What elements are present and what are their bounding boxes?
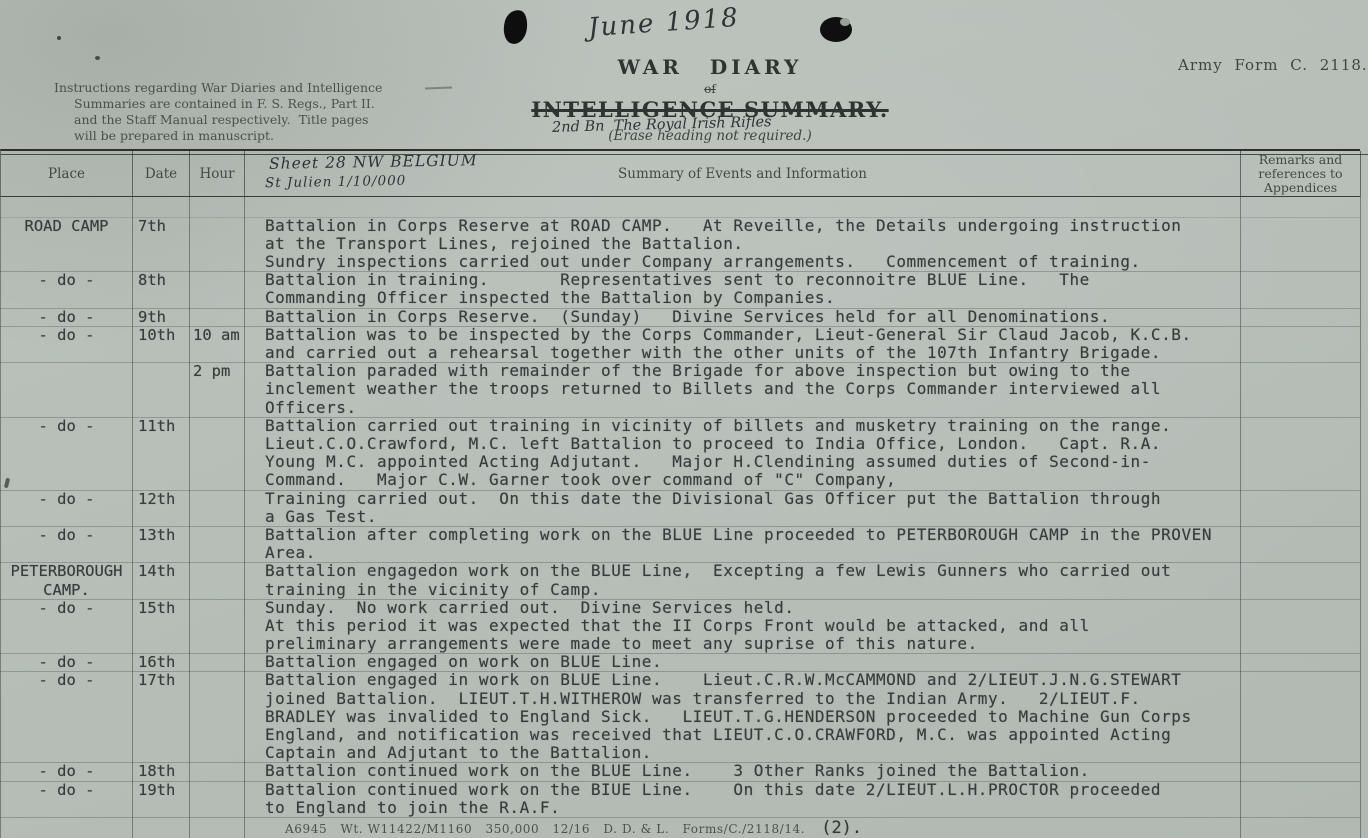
erase-heading-note: (Erase heading not required.)	[430, 128, 990, 144]
place-cell: - do -	[1, 326, 133, 362]
place-cell: PETERBOROUGHCAMP.	[1, 562, 133, 598]
summary-cell: Battalion was to be inspected by the Cor…	[245, 326, 1241, 362]
instructions-line: Instructions regarding War Diaries and I…	[54, 80, 364, 96]
summary-line: Commanding Officer inspected the Battali…	[265, 289, 1240, 307]
remarks-cell	[1241, 671, 1361, 762]
place-cell: - do -	[1, 671, 133, 762]
print-code: A6945 Wt. W11422/M1160 350,000 12/16 D. …	[285, 822, 805, 836]
summary-line: Battalion carried out training in vicini…	[265, 417, 1240, 435]
date-cell: 12th	[133, 490, 190, 526]
remarks-cell	[1241, 217, 1361, 272]
summary-line: Area.	[265, 544, 1240, 562]
summary-cell: Sunday. No work carried out. Divine Serv…	[245, 599, 1241, 654]
date-cell: 14th	[133, 562, 190, 598]
remarks-header-line: references to	[1258, 167, 1342, 181]
instructions-line: will be prepared in manuscript.	[74, 128, 364, 144]
hour-cell	[190, 599, 245, 654]
remarks-cell	[1241, 326, 1361, 362]
date-cell: 17th	[133, 671, 190, 762]
page-number: (2).	[821, 818, 862, 838]
hour-cell	[190, 308, 245, 326]
handwritten-map-reference: St Julien 1/10/000	[265, 173, 407, 191]
summary-cell: Battalion in Corps Reserve at ROAD CAMP.…	[245, 217, 1241, 272]
remarks-cell	[1241, 562, 1361, 598]
date-cell: 18th	[133, 762, 190, 780]
instructions-note: Instructions regarding War Diaries and I…	[54, 80, 364, 144]
place-line: - do -	[1, 326, 132, 344]
table-row: - do -12thTraining carried out. On this …	[0, 490, 1360, 526]
summary-line: Battalion engaged on work on BLUE Line.	[265, 653, 1240, 671]
summary-line: Captain and Adjutant to the Battalion.	[265, 744, 1240, 762]
table-header: Place Date Hour Summary of Events and In…	[0, 149, 1360, 197]
summary-cell: Battalion engagedon work on the BLUE Lin…	[245, 562, 1241, 598]
summary-line: England, and notification was received t…	[265, 726, 1240, 744]
remarks-header-line: Remarks and	[1259, 153, 1343, 167]
remarks-cell	[1241, 308, 1361, 326]
column-header-date: Date	[133, 151, 190, 197]
remarks-header-line: Appendices	[1264, 181, 1337, 195]
instructions-line: and the Staff Manual respectively. Title…	[74, 112, 364, 128]
summary-line: Battalion paraded with remainder of the …	[265, 362, 1240, 380]
summary-line: inclement weather the troops returned to…	[265, 380, 1240, 398]
summary-line: Battalion engaged in work on BLUE Line. …	[265, 671, 1240, 689]
summary-cell: Battalion continued work on the BIUE Lin…	[245, 781, 1241, 817]
summary-line: and carried out a rehearsal together wit…	[265, 344, 1240, 362]
place-cell	[1, 362, 133, 417]
blank-row	[0, 197, 1360, 217]
page-title: WAR DIARY	[430, 55, 990, 79]
date-cell: 10th	[133, 326, 190, 362]
place-cell: - do -	[1, 599, 133, 654]
date-cell: 9th	[133, 308, 190, 326]
summary-line: Command. Major C.W. Garner took over com…	[265, 471, 1240, 489]
hour-cell: 10 am	[190, 326, 245, 362]
summary-line: to England to join the R.A.F.	[265, 799, 1240, 817]
place-cell: - do -	[1, 781, 133, 817]
table-row: - do -9thBattalion in Corps Reserve. (Su…	[0, 308, 1360, 326]
place-line: - do -	[1, 671, 132, 689]
date-cell	[133, 362, 190, 417]
summary-cell: Battalion in Corps Reserve. (Sunday) Div…	[245, 308, 1241, 326]
summary-line: preliminary arrangements were made to me…	[265, 635, 1240, 653]
date-cell: 11th	[133, 417, 190, 490]
remarks-cell	[1241, 490, 1361, 526]
instructions-line: Summaries are contained in F. S. Regs., …	[74, 96, 364, 112]
table-row: ROAD CAMP7thBattalion in Corps Reserve a…	[0, 217, 1360, 272]
summary-line: BRADLEY was invalided to England Sick. L…	[265, 708, 1240, 726]
summary-line: Battalion continued work on the BLUE Lin…	[265, 762, 1240, 780]
hour-cell	[190, 671, 245, 762]
handwritten-month: June 1918	[587, 3, 740, 44]
place-cell: - do -	[1, 271, 133, 307]
summary-cell: Training carried out. On this date the D…	[245, 490, 1241, 526]
table-row: - do -16thBattalion engaged on work on B…	[0, 653, 1360, 671]
summary-line: Sundry inspections carried out under Com…	[265, 253, 1240, 271]
place-line: - do -	[1, 526, 132, 544]
table-row: - do -18thBattalion continued work on th…	[0, 762, 1360, 780]
place-line: - do -	[1, 781, 132, 799]
hour-cell	[190, 653, 245, 671]
form-footer: A6945 Wt. W11422/M1160 350,000 12/16 D. …	[265, 817, 1240, 838]
summary-cell: Battalion carried out training in vicini…	[245, 417, 1241, 490]
hour-cell	[190, 217, 245, 272]
summary-cell: Battalion paraded with remainder of the …	[245, 362, 1241, 417]
summary-line: training in the vicinity of Camp.	[265, 581, 1240, 599]
summary-line: Lieut.C.O.Crawford, M.C. left Battalion …	[265, 435, 1240, 453]
summary-line: Battalion in Corps Reserve. (Sunday) Div…	[265, 308, 1240, 326]
footer-row: A6945 Wt. W11422/M1160 350,000 12/16 D. …	[0, 817, 1360, 838]
table-row: - do -13thBattalion after completing wor…	[0, 526, 1360, 562]
table-row: - do -19thBattalion continued work on th…	[0, 781, 1360, 817]
hour-cell	[190, 562, 245, 598]
place-cell: - do -	[1, 308, 133, 326]
place-line: - do -	[1, 271, 132, 289]
summary-cell: Battalion after completing work on the B…	[245, 526, 1241, 562]
date-cell: 19th	[133, 781, 190, 817]
date-cell: 16th	[133, 653, 190, 671]
remarks-cell	[1241, 417, 1361, 490]
place-line: - do -	[1, 653, 132, 671]
date-cell: 15th	[133, 599, 190, 654]
handwritten-map-reference: Sheet 28 NW BELGIUM	[269, 151, 478, 173]
date-cell: 7th	[133, 217, 190, 272]
table-row: - do -15thSunday. No work carried out. D…	[0, 599, 1360, 654]
remarks-cell	[1241, 271, 1361, 307]
place-line: - do -	[1, 762, 132, 780]
place-cell: - do -	[1, 762, 133, 780]
place-line: PETERBOROUGH	[1, 562, 132, 580]
table-row: - do -8thBattalion in training. Represen…	[0, 271, 1360, 307]
summary-cell: Battalion engaged in work on BLUE Line. …	[245, 671, 1241, 762]
place-cell: - do -	[1, 526, 133, 562]
hour-cell	[190, 762, 245, 780]
summary-line: Battalion in training. Representatives s…	[265, 271, 1240, 289]
place-cell: - do -	[1, 490, 133, 526]
remarks-cell	[1241, 762, 1361, 780]
summary-cell: Battalion in training. Representatives s…	[245, 271, 1241, 307]
summary-line: a Gas Test.	[265, 508, 1240, 526]
summary-line: Battalion in Corps Reserve at ROAD CAMP.…	[265, 217, 1240, 235]
place-cell: - do -	[1, 653, 133, 671]
summary-line: Battalion engagedon work on the BLUE Lin…	[265, 562, 1240, 580]
heading-of: of	[430, 82, 990, 96]
hour-cell: 2 pm	[190, 362, 245, 417]
summary-line: Battalion was to be inspected by the Cor…	[265, 326, 1240, 344]
summary-line: Officers.	[265, 399, 1240, 417]
place-cell: - do -	[1, 417, 133, 490]
war-diary-page: Instructions regarding War Diaries and I…	[0, 0, 1368, 838]
army-form-number: Army Form C. 2118.	[1178, 56, 1368, 74]
summary-line: Battalion after completing work on the B…	[265, 526, 1240, 544]
ink-speck	[57, 36, 61, 40]
hour-cell	[190, 490, 245, 526]
ink-blot-icon	[501, 8, 529, 45]
table-row: - do -10th10 amBattalion was to be inspe…	[0, 326, 1360, 362]
date-cell: 13th	[133, 526, 190, 562]
remarks-cell	[1241, 526, 1361, 562]
place-line: - do -	[1, 417, 132, 435]
ink-blot-icon	[820, 17, 852, 42]
remarks-cell	[1241, 653, 1361, 671]
table-row: PETERBOROUGHCAMP.14thBattalion engagedon…	[0, 562, 1360, 598]
table-row: - do -17thBattalion engaged in work on B…	[0, 671, 1360, 762]
place-cell: ROAD CAMP	[1, 217, 133, 272]
column-header-hour: Hour	[190, 151, 245, 197]
summary-line: Training carried out. On this date the D…	[265, 490, 1240, 508]
place-line: CAMP.	[1, 581, 132, 599]
place-line: ROAD CAMP	[1, 217, 132, 235]
table-row: 2 pmBattalion paraded with remainder of …	[0, 362, 1360, 417]
hour-cell	[190, 271, 245, 307]
place-line: - do -	[1, 308, 132, 326]
remarks-cell	[1241, 599, 1361, 654]
column-header-remarks: Remarks andreferences toAppendices	[1241, 151, 1361, 197]
hour-cell	[190, 781, 245, 817]
summary-cell: Battalion continued work on the BLUE Lin…	[245, 762, 1241, 780]
date-cell: 8th	[133, 271, 190, 307]
remarks-cell	[1241, 781, 1361, 817]
summary-line: Sunday. No work carried out. Divine Serv…	[265, 599, 1240, 617]
remarks-cell	[1241, 362, 1361, 417]
table-row: - do -11thBattalion carried out training…	[0, 417, 1360, 490]
place-line: - do -	[1, 599, 132, 617]
summary-line: At this period it was expected that the …	[265, 617, 1240, 635]
summary-line: at the Transport Lines, rejoined the Bat…	[265, 235, 1240, 253]
summary-cell: Battalion engaged on work on BLUE Line.	[245, 653, 1241, 671]
summary-line: Battalion continued work on the BIUE Lin…	[265, 781, 1240, 799]
hour-cell	[190, 417, 245, 490]
ink-speck	[95, 56, 100, 60]
column-header-place: Place	[1, 151, 133, 197]
heading-block: WAR DIARY of INTELLIGENCE SUMMARY.	[430, 55, 990, 122]
diary-body: ROAD CAMP7thBattalion in Corps Reserve a…	[0, 197, 1360, 838]
summary-line: Young M.C. appointed Acting Adjutant. Ma…	[265, 453, 1240, 471]
place-line: - do -	[1, 490, 132, 508]
hour-cell	[190, 526, 245, 562]
summary-line: joined Battalion. LIEUT.T.H.WITHEROW was…	[265, 690, 1240, 708]
